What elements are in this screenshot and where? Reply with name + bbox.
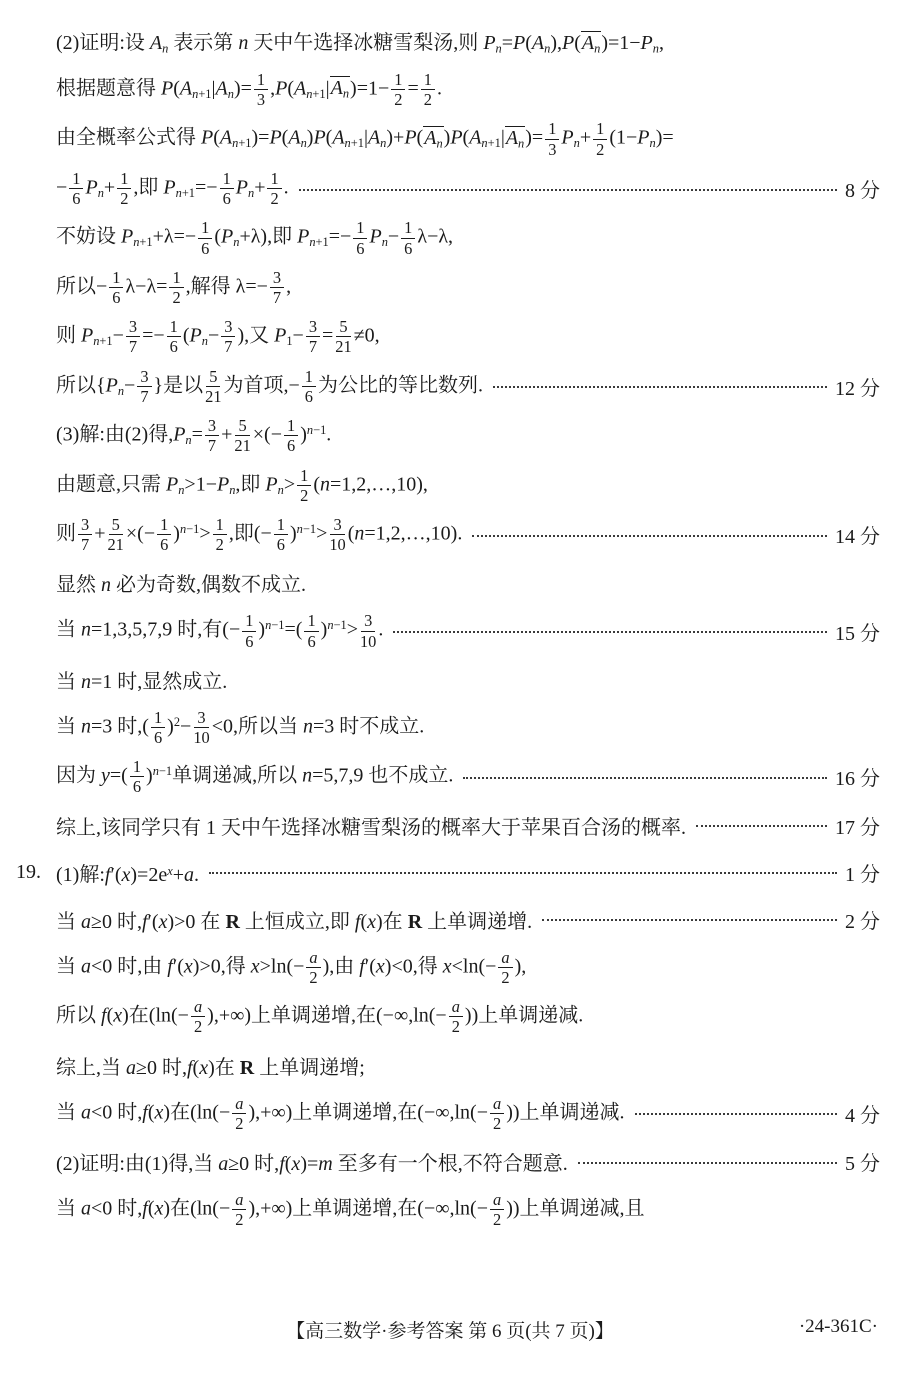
fraction: a2 bbox=[490, 1191, 504, 1228]
line-content: 由题意,只需 Pn>1−Pn,即 Pn>12(n=1,2,…,10), bbox=[56, 467, 428, 504]
fraction: 37 bbox=[306, 318, 320, 355]
dot-leader bbox=[696, 825, 827, 827]
answer-line: (2)证明:由(1)得,当 a≥0 时,f(x)=m 至多有一个根,不符合题意.… bbox=[56, 1144, 880, 1179]
answer-line: 因为 y=(16)n−1单调递减,所以 n=5,7,9 也不成立.16 分 bbox=[56, 758, 880, 795]
line-content: 因为 y=(16)n−1单调递减,所以 n=5,7,9 也不成立. bbox=[56, 758, 453, 795]
fraction: 12 bbox=[391, 71, 405, 108]
score-label: 16 分 bbox=[835, 762, 880, 791]
line-content: −16Pn+12,即 Pn+1=−16Pn+12. bbox=[56, 170, 289, 207]
dot-leader bbox=[209, 872, 837, 874]
fraction: 310 bbox=[329, 516, 345, 553]
line-content: 综上,该同学只有 1 天中午选择冰糖雪梨汤的概率大于苹果百合汤的概率. bbox=[56, 811, 686, 840]
line-content: (1)解:f′(x)=2ex+a. bbox=[56, 858, 199, 887]
fraction: 13 bbox=[545, 120, 559, 157]
line-content: (2)证明:由(1)得,当 a≥0 时,f(x)=m 至多有一个根,不符合题意. bbox=[56, 1147, 568, 1176]
fraction: 37 bbox=[270, 269, 284, 306]
fraction: a2 bbox=[232, 1095, 246, 1132]
fraction: a2 bbox=[306, 949, 320, 986]
fraction: 16 bbox=[302, 368, 316, 405]
fraction: 521 bbox=[205, 368, 221, 405]
dot-leader bbox=[299, 189, 837, 191]
fraction: 12 bbox=[117, 170, 131, 207]
answer-line: 当 n=1,3,5,7,9 时,有(−16)n−1=(16)n−1>310.15… bbox=[56, 612, 880, 649]
dot-leader bbox=[578, 1162, 837, 1164]
score-label: 4 分 bbox=[845, 1099, 880, 1128]
line-content: (2)证明:设 An 表示第 n 天中午选择冰糖雪梨汤,则 Pn=P(An),P… bbox=[56, 26, 664, 57]
answer-line: 当 n=3 时,(16)2−310<0,所以当 n=3 时不成立. bbox=[56, 709, 880, 746]
answer-sheet-page: (2)证明:设 An 表示第 n 天中午选择冰糖雪梨汤,则 Pn=P(An),P… bbox=[0, 0, 900, 1377]
answer-line: (2)证明:设 An 表示第 n 天中午选择冰糖雪梨汤,则 Pn=P(An),P… bbox=[56, 24, 880, 59]
fraction: 12 bbox=[297, 467, 311, 504]
fraction: 12 bbox=[267, 170, 281, 207]
fraction: 521 bbox=[335, 318, 351, 355]
question-number: 19. bbox=[16, 861, 56, 884]
fraction: 37 bbox=[205, 417, 219, 454]
fraction: 310 bbox=[193, 709, 209, 746]
fraction: 16 bbox=[242, 612, 256, 649]
fraction: 521 bbox=[234, 417, 250, 454]
line-content: 不妨设 Pn+1+λ=−16(Pn+λ),即 Pn+1=−16Pn−16λ−λ, bbox=[56, 219, 453, 256]
line-content: 则37+521×(−16)n−1>12,即(−16)n−1>310(n=1,2,… bbox=[56, 516, 462, 553]
page-footer: 【高三数学·参考答案 第 6 页(共 7 页)】 ·24-361C· bbox=[0, 1316, 900, 1343]
dot-leader bbox=[393, 631, 827, 633]
answer-line: 所以 f(x)在(ln(−a2),+∞)上单调递增,在(−∞,ln(−a2))上… bbox=[56, 998, 880, 1035]
answer-line: 综上,该同学只有 1 天中午选择冰糖雪梨汤的概率大于苹果百合汤的概率.17 分 bbox=[56, 808, 880, 843]
score-label: 5 分 bbox=[845, 1147, 880, 1176]
fraction: 13 bbox=[254, 71, 268, 108]
answer-line: 所以{Pn−37}是以521为首项,−16为公比的等比数列.12 分 bbox=[56, 368, 880, 405]
score-label: 8 分 bbox=[845, 174, 880, 203]
dot-leader bbox=[472, 535, 827, 537]
line-content: 综上,当 a≥0 时,f(x)在 R 上单调递增; bbox=[56, 1051, 365, 1080]
line-content: 则 Pn+1−37=−16(Pn−37),又 P1−37=521≠0, bbox=[56, 318, 380, 355]
fraction: 16 bbox=[304, 612, 318, 649]
dot-leader bbox=[463, 777, 827, 779]
answer-line: 由题意,只需 Pn>1−Pn,即 Pn>12(n=1,2,…,10), bbox=[56, 467, 880, 504]
fraction: 16 bbox=[198, 219, 212, 256]
answer-lines: (2)证明:设 An 表示第 n 天中午选择冰糖雪梨汤,则 Pn=P(An),P… bbox=[56, 24, 880, 1228]
answer-line: 19.(1)解:f′(x)=2ex+a.1 分 bbox=[56, 855, 880, 890]
fraction: 37 bbox=[78, 516, 92, 553]
line-content: (3)解:由(2)得,Pn=37+521×(−16)n−1. bbox=[56, 417, 331, 454]
fraction: 37 bbox=[221, 318, 235, 355]
answer-line: 所以−16λ−λ=12,解得 λ=−37, bbox=[56, 269, 880, 306]
dot-leader bbox=[542, 919, 837, 921]
fraction: 16 bbox=[157, 516, 171, 553]
fraction: 37 bbox=[126, 318, 140, 355]
line-content: 当 a<0 时,f(x)在(ln(−a2),+∞)上单调递增,在(−∞,ln(−… bbox=[56, 1095, 625, 1132]
fraction: 16 bbox=[284, 417, 298, 454]
score-label: 15 分 bbox=[835, 617, 880, 646]
fraction: 12 bbox=[593, 120, 607, 157]
fraction: a2 bbox=[232, 1191, 246, 1228]
line-content: 所以−16λ−λ=12,解得 λ=−37, bbox=[56, 269, 291, 306]
score-label: 17 分 bbox=[835, 811, 880, 840]
line-content: 所以 f(x)在(ln(−a2),+∞)上单调递增,在(−∞,ln(−a2))上… bbox=[56, 998, 583, 1035]
fraction: a2 bbox=[498, 949, 512, 986]
fraction: 16 bbox=[401, 219, 415, 256]
answer-line: 当 a≥0 时,f′(x)>0 在 R 上恒成立,即 f(x)在 R 上单调递增… bbox=[56, 902, 880, 937]
line-content: 当 a≥0 时,f′(x)>0 在 R 上恒成立,即 f(x)在 R 上单调递增… bbox=[56, 905, 532, 934]
answer-line: 当 a<0 时,f(x)在(ln(−a2),+∞)上单调递增,在(−∞,ln(−… bbox=[56, 1095, 880, 1132]
fraction: 12 bbox=[169, 269, 183, 306]
line-content: 当 a<0 时,f(x)在(ln(−a2),+∞)上单调递增,在(−∞,ln(−… bbox=[56, 1191, 645, 1228]
answer-line: −16Pn+12,即 Pn+1=−16Pn+12.8 分 bbox=[56, 170, 880, 207]
line-content: 根据题意得 P(An+1|An)=13,P(An+1|An)=1−12=12. bbox=[56, 71, 442, 108]
fraction: 16 bbox=[274, 516, 288, 553]
answer-line: (3)解:由(2)得,Pn=37+521×(−16)n−1. bbox=[56, 417, 880, 454]
answer-line: 则37+521×(−16)n−1>12,即(−16)n−1>310(n=1,2,… bbox=[56, 516, 880, 553]
answer-line: 显然 n 必为奇数,偶数不成立. bbox=[56, 565, 880, 600]
line-content: 所以{Pn−37}是以521为首项,−16为公比的等比数列. bbox=[56, 368, 483, 405]
answer-line: 不妨设 Pn+1+λ=−16(Pn+λ),即 Pn+1=−16Pn−16λ−λ, bbox=[56, 219, 880, 256]
fraction: 12 bbox=[421, 71, 435, 108]
score-label: 14 分 bbox=[835, 520, 880, 549]
fraction: 16 bbox=[167, 318, 181, 355]
footer-title: 【高三数学·参考答案 第 6 页(共 7 页)】 bbox=[286, 1321, 614, 1342]
fraction: 12 bbox=[213, 516, 227, 553]
fraction: 310 bbox=[360, 612, 376, 649]
answer-line: 当 n=1 时,显然成立. bbox=[56, 662, 880, 697]
fraction: 16 bbox=[220, 170, 234, 207]
fraction: 16 bbox=[130, 758, 144, 795]
line-content: 当 a<0 时,由 f′(x)>0,得 x>ln(−a2),由 f′(x)<0,… bbox=[56, 949, 526, 986]
fraction: 16 bbox=[151, 709, 165, 746]
line-content: 显然 n 必为奇数,偶数不成立. bbox=[56, 568, 306, 597]
dot-leader bbox=[493, 386, 827, 388]
fraction: 521 bbox=[107, 516, 123, 553]
fraction: 37 bbox=[137, 368, 151, 405]
score-label: 1 分 bbox=[845, 858, 880, 887]
fraction: 16 bbox=[69, 170, 83, 207]
answer-line: 当 a<0 时,f(x)在(ln(−a2),+∞)上单调递增,在(−∞,ln(−… bbox=[56, 1191, 880, 1228]
line-content: 当 n=3 时,(16)2−310<0,所以当 n=3 时不成立. bbox=[56, 709, 424, 746]
line-content: 当 n=1 时,显然成立. bbox=[56, 665, 227, 694]
fraction: a2 bbox=[449, 998, 463, 1035]
fraction: 16 bbox=[109, 269, 123, 306]
answer-line: 当 a<0 时,由 f′(x)>0,得 x>ln(−a2),由 f′(x)<0,… bbox=[56, 949, 880, 986]
answer-line: 根据题意得 P(An+1|An)=13,P(An+1|An)=1−12=12. bbox=[56, 71, 880, 108]
fraction: a2 bbox=[191, 998, 205, 1035]
answer-line: 由全概率公式得 P(An+1)=P(An)P(An+1|An)+P(An)P(A… bbox=[56, 120, 880, 157]
fraction: 16 bbox=[353, 219, 367, 256]
line-content: 由全概率公式得 P(An+1)=P(An)P(An+1|An)+P(An)P(A… bbox=[56, 120, 674, 157]
fraction: a2 bbox=[490, 1095, 504, 1132]
answer-line: 则 Pn+1−37=−16(Pn−37),又 P1−37=521≠0, bbox=[56, 318, 880, 355]
line-content: 当 n=1,3,5,7,9 时,有(−16)n−1=(16)n−1>310. bbox=[56, 612, 383, 649]
score-label: 2 分 bbox=[845, 905, 880, 934]
score-label: 12 分 bbox=[835, 372, 880, 401]
dot-leader bbox=[635, 1113, 837, 1115]
footer-code: ·24-361C· bbox=[799, 1316, 878, 1338]
answer-line: 综上,当 a≥0 时,f(x)在 R 上单调递增; bbox=[56, 1048, 880, 1083]
